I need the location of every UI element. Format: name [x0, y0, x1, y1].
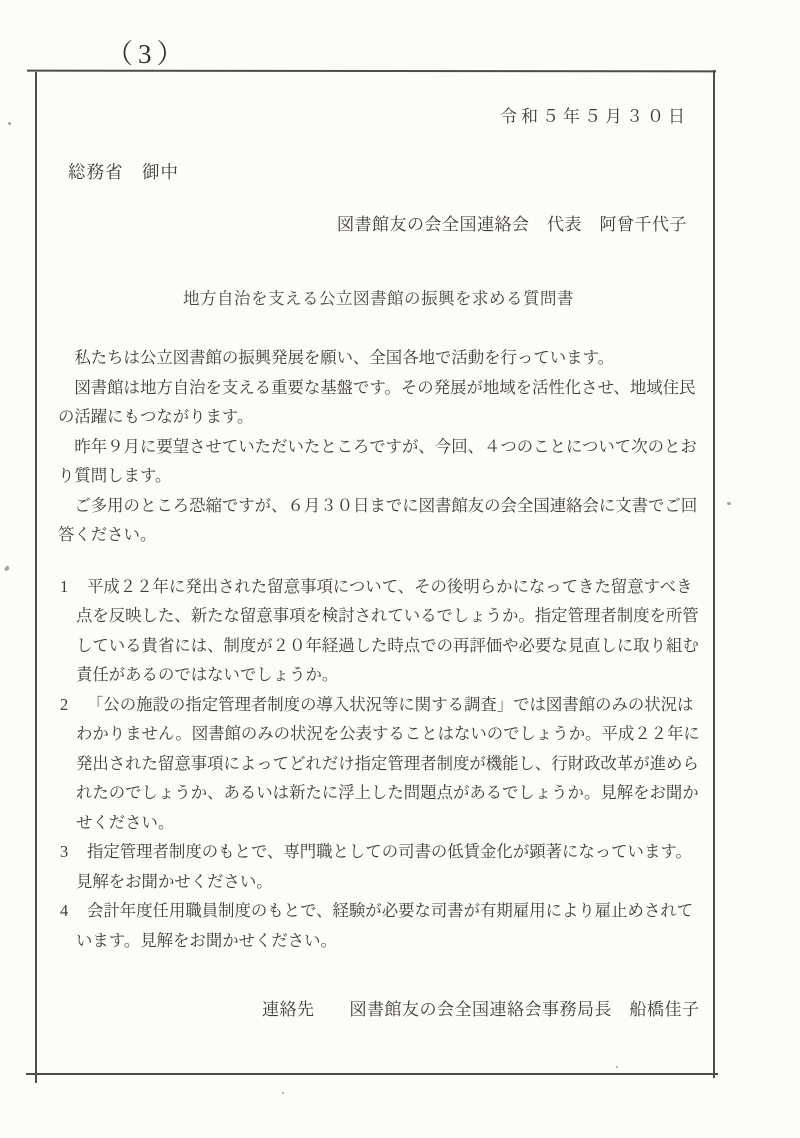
sender-line: 図書館友の会全国連絡会 代表 阿曾千代子: [58, 212, 699, 238]
question-line: している貴省には、制度が２０年経過した時点での再評価や必要な見直しに取り組む: [76, 631, 699, 661]
scan-speck: [4, 565, 10, 571]
contact-line: 連絡先 図書館友の会全国連絡会事務局長 船橋佳子: [262, 997, 699, 1023]
question-list: 1 平成２２年に発出された留意事項について、その後明らかになってきた留意すべき …: [58, 572, 699, 956]
question-line: れたのでしょうか、あるいは新たに浮上した問題点があるでしょうか。見解をお聞か: [76, 778, 699, 808]
intro-line: り質問します。: [58, 461, 699, 491]
question-line: わかりません。図書館のみの状況を公表することはないのでしょうか。平成２２年に: [76, 719, 699, 749]
question-item: 3 指定管理者制度のもとで、専門職としての司書の低賃金化が顕著になっています。 …: [58, 837, 699, 896]
frame-rule-bottom: [26, 1073, 718, 1075]
question-line: 点を反映した、新たな留意事項を検討されているでしょうか。指定管理者制度を所管: [76, 601, 699, 631]
intro-line: ご多用のところ恐縮ですが、６月３０日までに図書館友の会全国連絡会に文書でご回: [58, 491, 699, 521]
intro-line: の活躍にもつながります。: [58, 402, 699, 432]
intro-line: 昨年９月に要望させていただいたところですが、今回、４つのことについて次のとお: [58, 432, 699, 462]
question-item: 1 平成２２年に発出された留意事項について、その後明らかになってきた留意すべき …: [58, 572, 699, 690]
question-number: 2: [60, 690, 68, 720]
intro-line: 答ください。: [58, 520, 699, 550]
page-number: （3）: [106, 32, 189, 71]
scan-speck: [8, 122, 11, 125]
question-number: 3: [60, 837, 68, 867]
question-line: 平成２２年に発出された留意事項について、その後明らかになってきた留意すべき: [76, 572, 699, 602]
date: 令和５年５月３０日: [58, 105, 699, 129]
recipient: 総務省 御中: [68, 159, 699, 185]
letter-body: 令和５年５月３０日 総務省 御中 図書館友の会全国連絡会 代表 阿曾千代子 地方…: [35, 72, 714, 1023]
question-line: 責任があるのではないでしょうか。: [76, 660, 699, 690]
question-number: 1: [60, 572, 68, 602]
intro-line: 私たちは公立図書館の振興発展を願い、全国各地で活動を行っています。: [58, 343, 699, 373]
question-item: 4 会計年度任用職員制度のもとで、経験が必要な司書が有期雇用により雇止めされて …: [58, 896, 699, 955]
intro-paragraphs: 私たちは公立図書館の振興発展を願い、全国各地で活動を行っています。 図書館は地方…: [58, 343, 699, 550]
question-line: 会計年度任用職員制度のもとで、経験が必要な司書が有期雇用により雇止めされて: [76, 896, 699, 926]
document-title: 地方自治を支える公立図書館の振興を求める質問書: [58, 286, 699, 312]
question-item: 2 「公の施設の指定管理者制度の導入状況等に関する調査」では図書館のみの状況は …: [58, 690, 699, 838]
intro-line: 図書館は地方自治を支える重要な基盤です。その発展が地域を活性化させ、地域住民: [58, 373, 699, 403]
scanned-page: （3） 令和５年５月３０日 総務省 御中 図書館友の会全国連絡会 代表 阿曾千代…: [0, 0, 800, 1138]
question-line: 発出された留意事項によってどれだけ指定管理者制度が機能し、行財政改革が進めら: [76, 749, 699, 779]
scan-speck: [282, 1092, 284, 1094]
question-number: 4: [60, 896, 68, 926]
scan-speck: [727, 502, 731, 505]
question-line: せください。: [76, 808, 699, 838]
scan-speck: [616, 1066, 618, 1068]
question-line: 「公の施設の指定管理者制度の導入状況等に関する調査」では図書館のみの状況は: [76, 690, 699, 720]
question-line: 指定管理者制度のもとで、専門職としての司書の低賃金化が顕著になっています。: [76, 837, 699, 867]
question-line: います。見解をお聞かせください。: [76, 926, 699, 956]
question-line: 見解をお聞かせください。: [76, 867, 699, 897]
